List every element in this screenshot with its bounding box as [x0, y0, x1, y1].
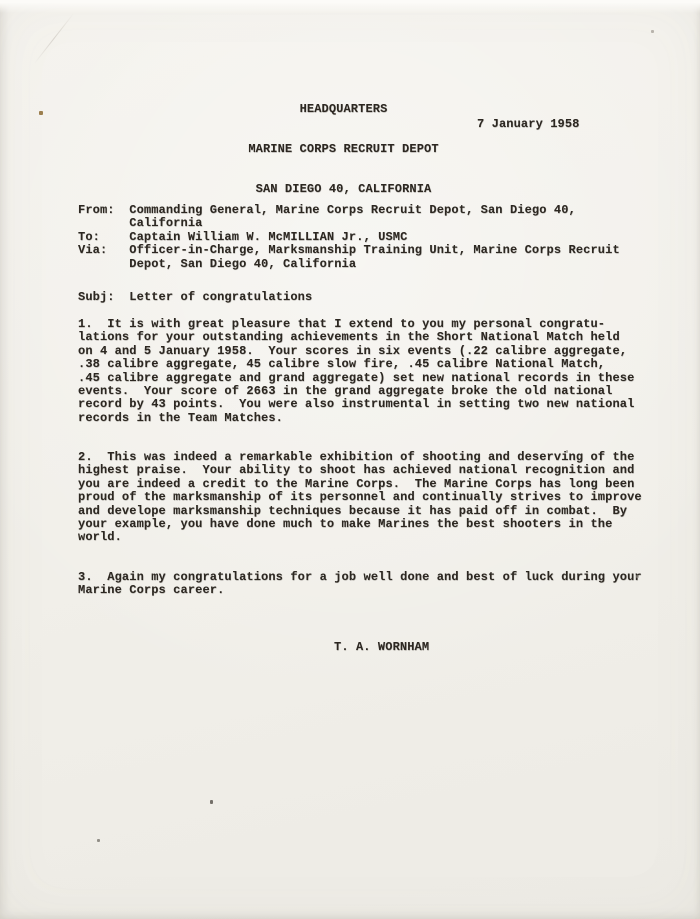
paragraph-2: 2. This was indeed a remarkable exhibiti…	[78, 451, 642, 545]
scan-speck	[651, 30, 654, 33]
address-block: From: Commanding General, Marine Corps R…	[78, 204, 620, 271]
letterhead-line-1: HEADQUARTERS	[0, 103, 687, 116]
letterhead: HEADQUARTERS MARINE CORPS RECRUIT DEPOT …	[0, 76, 687, 223]
paragraph-3: 3. Again my congratulations for a job we…	[78, 571, 642, 598]
scan-speck	[210, 800, 213, 804]
paper-crease	[34, 13, 74, 64]
scan-speck	[97, 839, 100, 842]
subject-line: Subj: Letter of congratulations	[78, 291, 312, 304]
paragraph-1: 1. It is with great pleasure that I exte…	[78, 318, 634, 425]
signature-name: T. A. WORNHAM	[334, 641, 429, 654]
date-line: 7 January 1958	[477, 118, 580, 131]
letterhead-line-2: MARINE CORPS RECRUIT DEPOT	[0, 143, 687, 156]
letterhead-line-3: SAN DIEGO 40, CALIFORNIA	[0, 183, 687, 196]
scanned-letter-page: HEADQUARTERS MARINE CORPS RECRUIT DEPOT …	[0, 0, 700, 919]
